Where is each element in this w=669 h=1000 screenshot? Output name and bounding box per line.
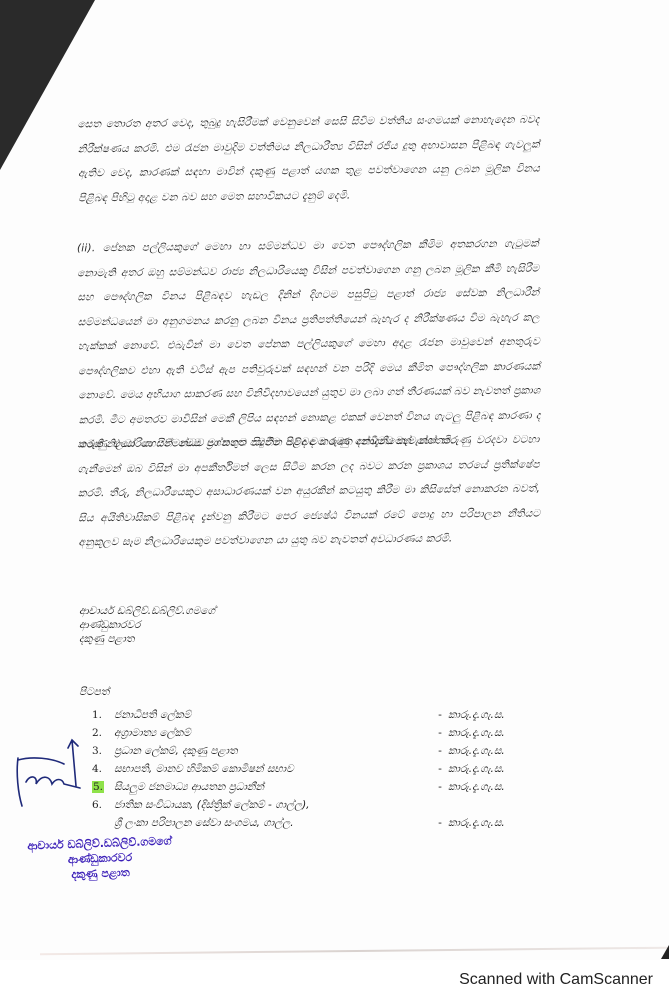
list-item-continued: ශ්‍රී ලංකා පරිපාලන සේවා සංගමය, ගාල්ල. - … — [92, 814, 532, 832]
dash: - — [432, 814, 448, 832]
page-bottom-edge — [40, 947, 669, 956]
list-item: 6. ජාතික සංවිධායක, (දිස්ත්‍රික් ලේකම් - … — [92, 796, 532, 814]
dash: - — [432, 706, 448, 724]
signatory-province: දකුණු පළාත — [79, 632, 215, 646]
list-item: 1. ජනාධිපති ලේකම් - කාරු.දැ.ගැ.ස. — [92, 706, 532, 724]
action-note: කාරු.දැ.ගැ.ස. — [448, 760, 505, 778]
camscanner-watermark: Scanned with CamScanner — [459, 971, 653, 989]
dash: - — [432, 778, 448, 796]
scan-shadow-corner-bottom — [661, 945, 669, 959]
signatory-title: ආණ්ඩුකාරවර — [79, 618, 215, 632]
recipient: ප්‍රධාන ලේකම්, දකුණු පළාත — [114, 742, 432, 760]
action-note: කාරු.දැ.ගැ.ස. — [448, 706, 505, 724]
list-item: 4. සභාපති, මානව හිමිකම් කොමිෂන් සභාව - ක… — [92, 760, 532, 778]
footer-bar: Scanned with CamScanner — [0, 960, 669, 1000]
distribution-list: 1. ජනාධිපති ලේකම් - කාරු.දැ.ගැ.ස. 2. අග්… — [92, 706, 532, 832]
official-stamp: ආචාර්ය ඩබ්ලිව්.ඩබ්ලිව්.ගමගේ ආණ්ඩුකාරවර ද… — [9, 833, 190, 884]
recipient: සභාපති, මානව හිමිකම් කොමිෂන් සභාව — [114, 760, 432, 778]
item-number: 1. — [92, 706, 114, 724]
dash: - — [432, 760, 448, 778]
list-item: 2. අග්‍රාමාත්‍ය ලේකම් - කාරු.දැ.ගැ.ස. — [92, 724, 532, 742]
body-paragraph-1: සෙත තොරත අතර වෙද, තුබුදු හැසිරීමක් වෙනුව… — [77, 108, 540, 211]
dash: - — [432, 742, 448, 760]
recipient: ජනාධිපති ලේකම් — [114, 706, 432, 724]
list-item-highlighted: 5. සියලුම ජනමාධ්‍ය ආයතන ප්‍රධානීන් - කාර… — [92, 778, 532, 796]
handwritten-signature-icon — [12, 738, 96, 808]
signatory-name: ආචාර්ය ඩබ්ලිව්.ඩබ්ලිව්.ගමගේ — [79, 604, 215, 618]
dash: - — [432, 724, 448, 742]
recipient-continued: ශ්‍රී ලංකා පරිපාලන සේවා සංගමය, ගාල්ල. — [114, 814, 432, 832]
signature-block: ආචාර්ය ඩබ්ලිව්.ඩබ්ලිව්.ගමගේ ආණ්ඩුකාරවර ද… — [79, 604, 215, 646]
action-note: කාරු.දැ.ගැ.ස. — [448, 724, 505, 742]
recipient: ජාතික සංවිධායක, (දිස්ත්‍රික් ලේකම් - ගාල… — [114, 796, 432, 814]
recipient: සියලුම ජනමාධ්‍ය ආයතන ප්‍රධානීන් — [114, 778, 432, 796]
action-note: කාරු.දැ.ගැ.ස. — [448, 742, 505, 760]
action-note: කාරු.දැ.ගැ.ස. — [448, 778, 505, 796]
recipient: අග්‍රාමාත්‍ය ලේකම් — [114, 724, 432, 742]
body-paragraph-3: කරුණු එසේ හෙයින් මෙම ප්‍රශ්නගත සිදුවීම ප… — [77, 428, 540, 555]
action-note: කාරු.දැ.ගැ.ස. — [448, 814, 505, 832]
body-paragraph-2: (ii). පේනක පල්ලියකුගේ මෙහා හා සම්මන්ධව ම… — [77, 232, 541, 457]
list-item: 3. ප්‍රධාන ලේකම්, දකුණු පළාත - කාරු.දැ.ග… — [92, 742, 532, 760]
scanned-page: සෙත තොරත අතර වෙද, තුබුදු හැසිරීමක් වෙනුව… — [0, 0, 669, 960]
copies-heading: පිටපත් — [79, 686, 109, 699]
